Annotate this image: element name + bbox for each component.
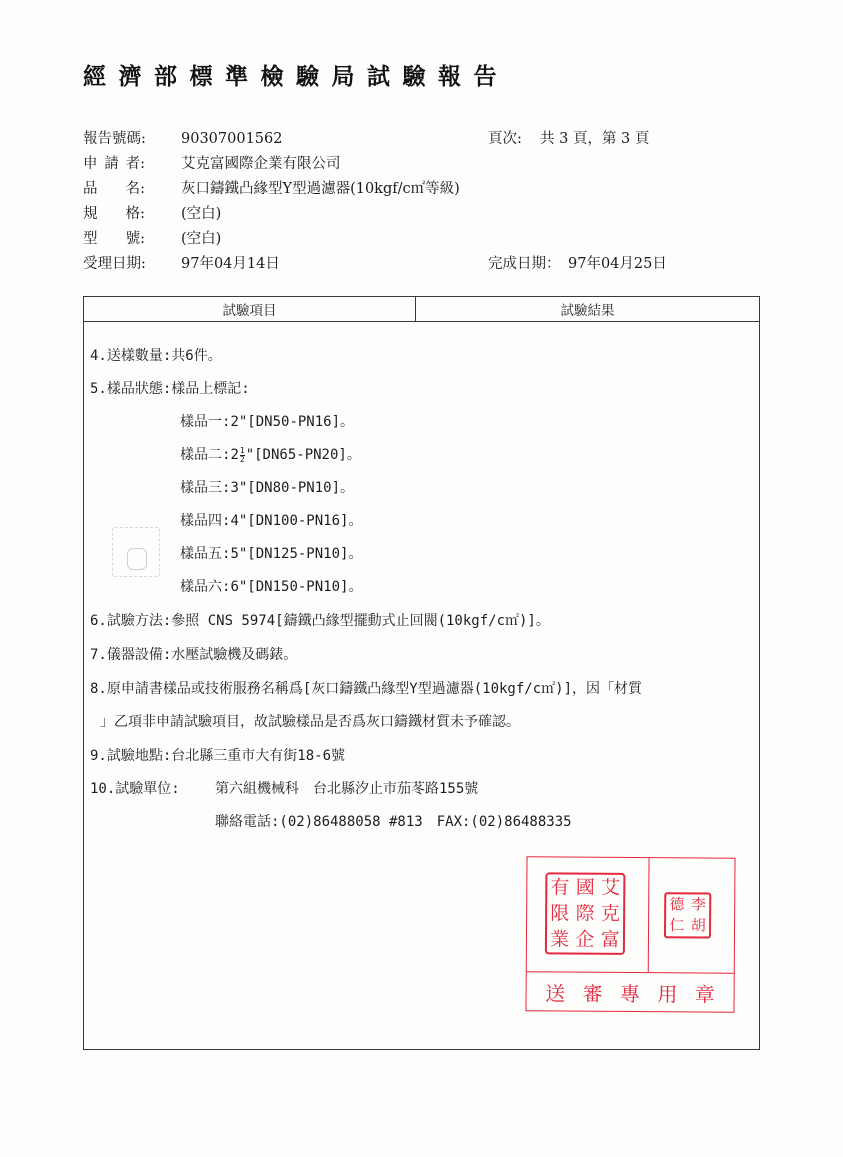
column-header-test-item: 試驗項目	[84, 297, 416, 321]
applicant-row: 申 請 者: 艾克富國際企業有限公司	[83, 155, 341, 173]
product-name-value: 灰口鑄鐵凸緣型Y型過濾器(10kgf/c㎡等級)	[181, 181, 460, 197]
stamp-caption: 送 審 專 用 章	[526, 975, 733, 1008]
product-name-label: 品 名:	[83, 180, 145, 198]
item-8-note-line2: 」乙項非申請試驗項目，故試驗樣品是否爲灰口鑄鐵材質未予確認。	[100, 711, 520, 731]
received-date-label: 受理日期:	[83, 255, 181, 273]
item-4-sample-quantity: 4.送樣數量:共6件。	[90, 345, 222, 365]
item-5-sample-state: 5.樣品狀態:樣品上標記:	[90, 378, 250, 398]
applicant-value: 艾克富國際企業有限公司	[181, 156, 341, 172]
report-number-label: 報告號碼:	[83, 130, 181, 148]
sample-5: 樣品五:5"[DN125-PN10]。	[180, 543, 362, 563]
faded-seal-mark	[112, 527, 160, 577]
column-header-test-result: 試驗結果	[416, 297, 759, 321]
table-header: 試驗項目 試驗結果	[84, 297, 759, 322]
stamp-divider-vertical	[648, 858, 650, 972]
received-date-value: 97年04月14日	[181, 256, 280, 272]
report-number-row: 報告號碼:90307001562	[83, 130, 282, 148]
completed-date-row: 完成日期：97年04月25日	[488, 255, 667, 273]
applicant-label: 申 請 者:	[83, 155, 145, 173]
spec-label: 規 格:	[83, 205, 145, 223]
report-number-value: 90307001562	[181, 131, 282, 147]
model-label: 型 號:	[83, 230, 145, 248]
model-value: (空白)	[181, 231, 221, 247]
spec-row: 規 格: (空白)	[83, 205, 221, 223]
sample-1: 樣品一:2"[DN50-PN16]。	[180, 411, 354, 431]
page-count-value: 共 3 頁，第 3 頁	[540, 131, 649, 147]
item-8-note-line1: 8.原申請書樣品或技術服務名稱爲[灰口鑄鐵凸緣型Y型過濾器(10kgf/c㎡)]…	[90, 678, 642, 698]
page-count-label: 頁次:	[488, 130, 540, 148]
received-date-row: 受理日期:97年04月14日	[83, 255, 280, 273]
sample-3: 樣品三:3"[DN80-PN10]。	[180, 477, 354, 497]
item-6-test-method: 6.試驗方法:參照 CNS 5974[鑄鐵凸緣型擺動式止回閥(10kgf/c㎡)…	[90, 610, 550, 630]
spec-value: (空白)	[181, 206, 221, 222]
sample-6: 樣品六:6"[DN150-PN10]。	[180, 576, 362, 596]
submission-stamp: 有 國 艾 限 際 克 業 企 富 德 李 仁 胡 送 審 專 用 章	[525, 856, 735, 1012]
item-10-contact: 聯絡電話:(02)86488058 #813 FAX:(02)86488335	[215, 811, 572, 831]
sample-4: 樣品四:4"[DN100-PN16]。	[180, 510, 362, 530]
fraction-half: 12	[240, 447, 245, 464]
company-seal: 有 國 艾 限 際 克 業 企 富	[545, 872, 626, 955]
stamp-divider-horizontal	[527, 971, 734, 973]
sample-2: 樣品二:212"[DN65-PN20]。	[180, 444, 361, 464]
item-10-unit-address: 第六組機械科 台北縣汐止市茄苳路155號	[215, 778, 478, 798]
completed-date-value: 97年04月25日	[568, 256, 667, 272]
report-title: 經濟部標準檢驗局試驗報告	[83, 58, 509, 91]
product-name-row: 品 名: 灰口鑄鐵凸緣型Y型過濾器(10kgf/c㎡等級)	[83, 180, 460, 198]
model-row: 型 號: (空白)	[83, 230, 221, 248]
item-10-label: 10.試驗單位:	[90, 778, 180, 798]
item-9-test-location: 9.試驗地點:台北縣三重市大有街18-6號	[90, 745, 345, 765]
page-count-row: 頁次:共 3 頁，第 3 頁	[488, 130, 649, 148]
personal-seal: 德 李 仁 胡	[664, 892, 711, 938]
item-7-equipment: 7.儀器設備:水壓試驗機及碼錶。	[90, 644, 297, 664]
completed-date-label: 完成日期：	[488, 255, 568, 273]
